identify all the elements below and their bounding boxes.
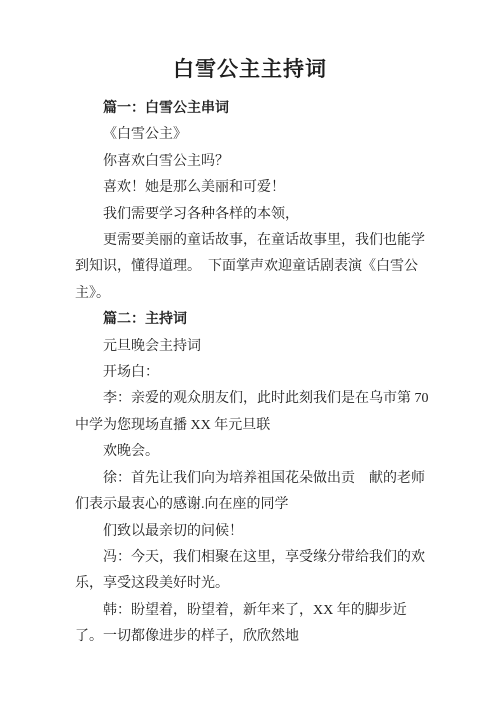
document-title: 白雪公主主持词 — [0, 0, 500, 86]
section-heading-2: 篇二：主持词 — [75, 307, 430, 333]
section-heading-1: 篇一：白雪公主串词 — [75, 96, 430, 122]
paragraph: 元旦晚会主持词 — [75, 334, 430, 360]
paragraph-speaker-li: 李：亲爱的观众朋友们，此时此刻我们是在乌市第 70 中学为您现场直播 XX 年元… — [75, 386, 430, 439]
paragraph: 我们需要学习各种各样的本领， — [75, 202, 430, 228]
document-body: 篇一：白雪公主串词 《白雪公主》 你喜欢白雪公主吗？ 喜欢！她是那么美丽和可爱！… — [75, 96, 430, 651]
paragraph-speaker-han: 韩：盼望着，盼望着，新年来了，XX 年的脚步近了。一切都像进步的样子，欣欣然地 — [75, 598, 430, 651]
paragraph-speaker-feng: 冯：今天，我们相聚在这里，享受缘分带给我们的欢乐，享受这段美好时光。 — [75, 545, 430, 598]
paragraph: 开场白： — [75, 360, 430, 386]
paragraph: 更需要美丽的童话故事，在童话故事里，我们也能学到知识，懂得道理。 下面掌声欢迎童… — [75, 228, 430, 307]
paragraph-speaker-xu: 徐：首先让我们向为培养祖国花朵做出贡 献的老师们表示最衷心的感谢.向在座的同学 — [75, 466, 430, 519]
paragraph: 欢晚会。 — [75, 439, 430, 465]
document-page: 白雪公主主持词 篇一：白雪公主串词 《白雪公主》 你喜欢白雪公主吗？ 喜欢！她是… — [0, 0, 500, 707]
paragraph: 喜欢！她是那么美丽和可爱！ — [75, 175, 430, 201]
paragraph: 你喜欢白雪公主吗？ — [75, 149, 430, 175]
paragraph-book-title: 《白雪公主》 — [75, 122, 430, 148]
paragraph: 们致以最亲切的问候！ — [75, 519, 430, 545]
